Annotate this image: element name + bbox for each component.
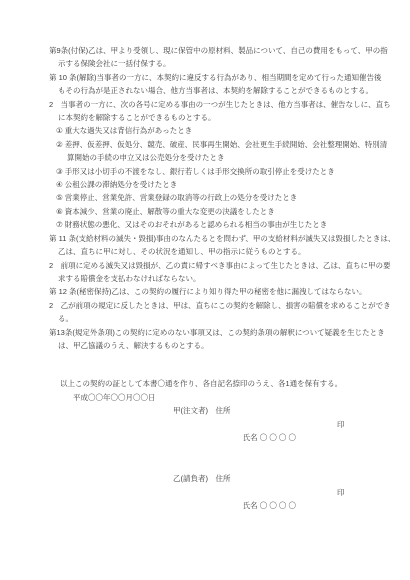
closing-statement: 以上この契約の証として本書〇通を作り、各自記名捺印のうえ、各1通を保有する。 xyxy=(60,377,410,390)
item-5: ⑤ 営業停止、営業免許、営業登録の取消等の行政上の処分を受けたとき xyxy=(56,191,410,204)
item-4: ④ 公租公課の滞納処分を受けたとき xyxy=(56,178,410,191)
contract-page: 第9条(付保)乙は、甲より受領し、現に保管中の原材料、製品について、自己の費用を… xyxy=(0,0,410,580)
date-line: 平成〇〇年〇〇月〇〇日 xyxy=(73,391,410,404)
article-13-line: 第13条(規定外条項)この契約に定めのない事項又は、この契約条項の解釈について疑… xyxy=(49,326,410,339)
article-11-para-2-cont: 求する賠償金を支払わなければならない。 xyxy=(58,272,410,285)
article-12-line: 第 12 条(秘密保持)乙は、この契約の履行により知り得た甲の秘密を他に漏洩して… xyxy=(49,285,410,298)
article-9-line-cont: 示する保険会社に一括付保する。 xyxy=(58,57,410,70)
item-2-cont: 算開始の手続の申立又は公売処分を受けたとき xyxy=(67,151,410,164)
party-b-name: 氏名 〇 〇 〇 〇 xyxy=(243,501,296,510)
article-12-para-2-cont: る。 xyxy=(58,312,410,325)
party-b-label: 乙(請負者) 住所 xyxy=(173,472,410,486)
party-a-label: 甲(注文者) 住所 xyxy=(173,404,410,418)
article-11-line: 第 11 条(支給材料の滅失・毀損)事由のなんたるとを問わず、甲の支給材料が滅失… xyxy=(49,232,410,245)
party-a-name: 氏名 〇 〇 〇 〇 xyxy=(243,433,296,442)
party-a-seal: 印 xyxy=(337,418,345,432)
article-12-para-2: 2 乙が前項の規定に反したときは、甲は、直ちにこの契約を解除し、損害の賠償を求め… xyxy=(49,299,410,312)
item-7: ⑦ 財務状態の悪化、又はそのおそれがあると認められる相当の事由が生じたとき xyxy=(56,218,410,231)
item-3: ③ 手形又は小切手の不渡をなし、銀行若しくは手形交換所の取引停止を受けたとき xyxy=(56,165,410,178)
article-10-line: 第 10 条(解除)当事者の一方に、本契約に違反する行為があり、相当期間を定めて… xyxy=(49,71,410,84)
party-a-name-row: 氏名 〇 〇 〇 〇 印 xyxy=(226,418,410,472)
party-b-name-row: 氏名 〇 〇 〇 〇 印 xyxy=(226,486,410,540)
contract-body: 第9条(付保)乙は、甲より受領し、現に保管中の原材料、製品について、自己の費用を… xyxy=(0,0,410,540)
article-11-para-2: 2 前項に定める滅失又は毀損が、乙の責に帰すべき事由によって生じたときは、乙は、… xyxy=(49,259,410,272)
article-10-line-cont: もその行為が是正されない場合、他方当事者は、本契約を解除することができるものとす… xyxy=(58,84,410,97)
item-1: ① 重大な過失又は背信行為があったとき xyxy=(56,124,410,137)
article-9-line: 第9条(付保)乙は、甲より受領し、現に保管中の原材料、製品について、自己の費用を… xyxy=(49,44,410,57)
item-2: ② 差押、仮差押、仮処分、競売、破産、民事再生開始、会社更生手続開始、会社整理開… xyxy=(56,138,410,151)
item-6: ⑥ 資本減少、営業の廃止、解散等の重大な変更の決議をしたとき xyxy=(56,205,410,218)
party-b-seal: 印 xyxy=(337,486,345,500)
signature-block: 甲(注文者) 住所 氏名 〇 〇 〇 〇 印 乙(請負者) 住所 氏名 〇 〇 … xyxy=(49,404,410,540)
article-11-line-cont: 乙は、直ちに甲に対し、その状況を通知し、甲の指示に従うものとする。 xyxy=(58,245,410,258)
article-10-para-2: 2 当事者の一方に、次の各号に定める事由の一つが生じたときは、他方当事者は、催告… xyxy=(49,98,410,111)
article-10-para-2-cont: に本契約を解除することができるものとする。 xyxy=(58,111,410,124)
article-13-line-cont: は、甲乙協議のうえ、解決するものとする。 xyxy=(58,339,410,352)
